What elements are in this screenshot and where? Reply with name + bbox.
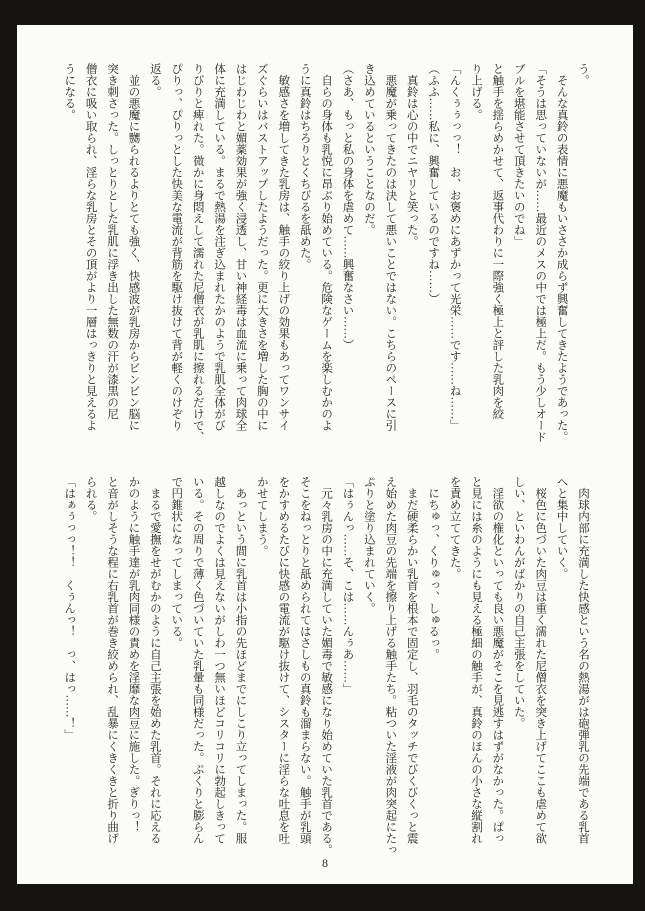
text-column: 肉球内部に充満した快感という名の熱湯がは砲弾乳の先端である乳首 xyxy=(572,476,593,876)
text-column: と触手を揺らめかせて、返事代わりに一際強く極上と評した乳肉を絞 xyxy=(486,63,507,463)
text-column: 悪魔が乗ってきたのは決して悪いことではない。こちらのペースに引 xyxy=(379,63,400,463)
text-column: ぷりと塗り込まれていく。 xyxy=(358,476,379,876)
text-column: あっという間に乳首は小指の先ほどまでにしこり立ってしまった。服 xyxy=(229,476,250,876)
text-column: う。 xyxy=(572,63,593,463)
text-column: いる。その周りで薄く色づいていた乳暈も同様だった。ぷくりと膨らん xyxy=(186,476,207,876)
text-column: まだ硬柔らかい乳首を根本で固定し、羽毛のタッチでびくびくっと震 xyxy=(400,476,421,876)
text-column: られる。 xyxy=(79,476,100,876)
text-column: 自らの身体も乳悦に昂ぶり始めている。危険なゲームを楽しむかのよ xyxy=(315,63,336,463)
text-column: き込めているということなのだ。 xyxy=(358,63,379,463)
text-column: ブルを堪能させて頂きたいのでね」 xyxy=(507,63,528,463)
text-column: うになる。 xyxy=(58,63,79,463)
text-column: 返る。 xyxy=(143,63,164,463)
text-column: うに真鈴はちろりとくちびるを舐めた。 xyxy=(293,63,314,463)
text-column: 越しなのでよくは見えないがしわ一つ無いほどコリコリに勃起しきって xyxy=(208,476,229,876)
text-column: ぴりっ、ぴりっとした快美な電流が背筋を駆け抜けて背が軽くのけぞり xyxy=(165,63,186,463)
page-paper: う。 そんな真鈴の表情に悪魔もいささか成らず興奮してきたようであった。「そうは思… xyxy=(17,25,633,884)
vertical-text-block-top: う。 そんな真鈴の表情に悪魔もいささか成らず興奮してきたようであった。「そうは思… xyxy=(58,63,593,463)
text-column: 体に充満している。まるで熱湯を注ぎ込まれたかのようで乳肌全体がび xyxy=(208,63,229,463)
text-column: そんな真鈴の表情に悪魔もいささか成らず興奮してきたようであった。 xyxy=(550,63,571,463)
text-column: （さあ、もっと私の身体を虐めて……興奮なさい……） xyxy=(336,63,357,463)
text-column: はじわじわと媚薬効果が強く浸透し、甘い神経毒は血流に乗って肉球全 xyxy=(229,63,250,463)
text-column: 「そうは思っていないが……最近のメスの中では極上だ。もう少しオード xyxy=(529,63,550,463)
text-column: 「んくぅぅっっ！ お、お褒めにあずかって光栄……です……ね……」 xyxy=(443,63,464,463)
text-column: かせてしまう。 xyxy=(251,476,272,876)
text-column: へと集中していく。 xyxy=(550,476,571,876)
text-column: まるで愛撫をせがむかのように自己主張を始めた乳首。それに応える xyxy=(143,476,164,876)
text-column: かのように触手達が乳肉同様の責めを淫靡な肉豆に施した。ぎりっ！ xyxy=(122,476,143,876)
text-column: と見には糸のようにも見える極細の触手が、真鈴のほんの小さな縦割れ xyxy=(465,476,486,876)
text-column: 真鈴は心の中でニヤリと笑った。 xyxy=(400,63,421,463)
text-column: で円錐状になってしまっている。 xyxy=(165,476,186,876)
text-column: 突き刺さった。しっとりとした乳肌に浮き出した無数の汗が漆黒の尼 xyxy=(101,63,122,463)
text-column: 元々乳房の中に充満していた媚毒で敏感になり始めていた乳首である。 xyxy=(315,476,336,876)
text-column: そこをねっとりと舐められてはさしもの真鈴も溜まらない。触手が乳頭 xyxy=(293,476,314,876)
text-column: 「はぅんっ……そ、こは……んぅあ……」 xyxy=(336,476,357,876)
text-column: をかすめるたびに快感の電流が駆け抜けて、シスターに淫らな吐息を吐 xyxy=(272,476,293,876)
text-column: 並の悪魔に嬲られるよりとても強く、快感波が乳房からビンビン脳に xyxy=(122,63,143,463)
page-number: 8 xyxy=(17,856,633,871)
text-column: 桜色に色づいた肉豆は重く濡れた尼僧衣を突き上げてここも虐めて欲 xyxy=(529,476,550,876)
vertical-text-block-bottom: 肉球内部に充満した快感という名の熱湯がは砲弾乳の先端である乳首へと集中していく。… xyxy=(58,476,593,876)
text-column: 僧衣に吸い取られ、淫らな乳房とその頂がより一層はっきりと見えるよ xyxy=(79,63,100,463)
text-column: ズぐらいはバストアップしたようだった。更に大きさを増した胸の中に xyxy=(251,63,272,463)
text-column: りびりと痺れた。微かに身悶えして濡れた尼僧衣が乳肌に擦れるだけで、 xyxy=(186,63,207,463)
text-column: 敏感さを増してきた乳房は、触手の絞り上げの効果もあってワンサイ xyxy=(272,63,293,463)
text-column: と音がしそうな程に右乳首が巻き絞められ、乱暴にくきくきと折り曲げ xyxy=(101,476,122,876)
scanned-book-page: う。 そんな真鈴の表情に悪魔もいささか成らず興奮してきたようであった。「そうは思… xyxy=(0,0,645,911)
text-column: え始めた肉豆の先端を擦り上げる触手たち。粘ついた淫液が肉突起にたっ xyxy=(379,476,400,876)
text-column: にちゅっ、くりゅっ、しゅるっ。 xyxy=(422,476,443,876)
text-column: しい、といわんがばかりの自己主張をしていた。 xyxy=(507,476,528,876)
text-column: （ふふ……私に、興奮しているのですね……） xyxy=(422,63,443,463)
text-column: 「はぁぅっっ！！ くぅんっ！ っ、はっ……！」 xyxy=(58,476,79,876)
text-column: を責め立ててきた。 xyxy=(443,476,464,876)
text-column: り上げる。 xyxy=(465,63,486,463)
text-column: 淫欲の権化といっても良い悪魔がそこを見逃すはずがなかった。ぱっ xyxy=(486,476,507,876)
